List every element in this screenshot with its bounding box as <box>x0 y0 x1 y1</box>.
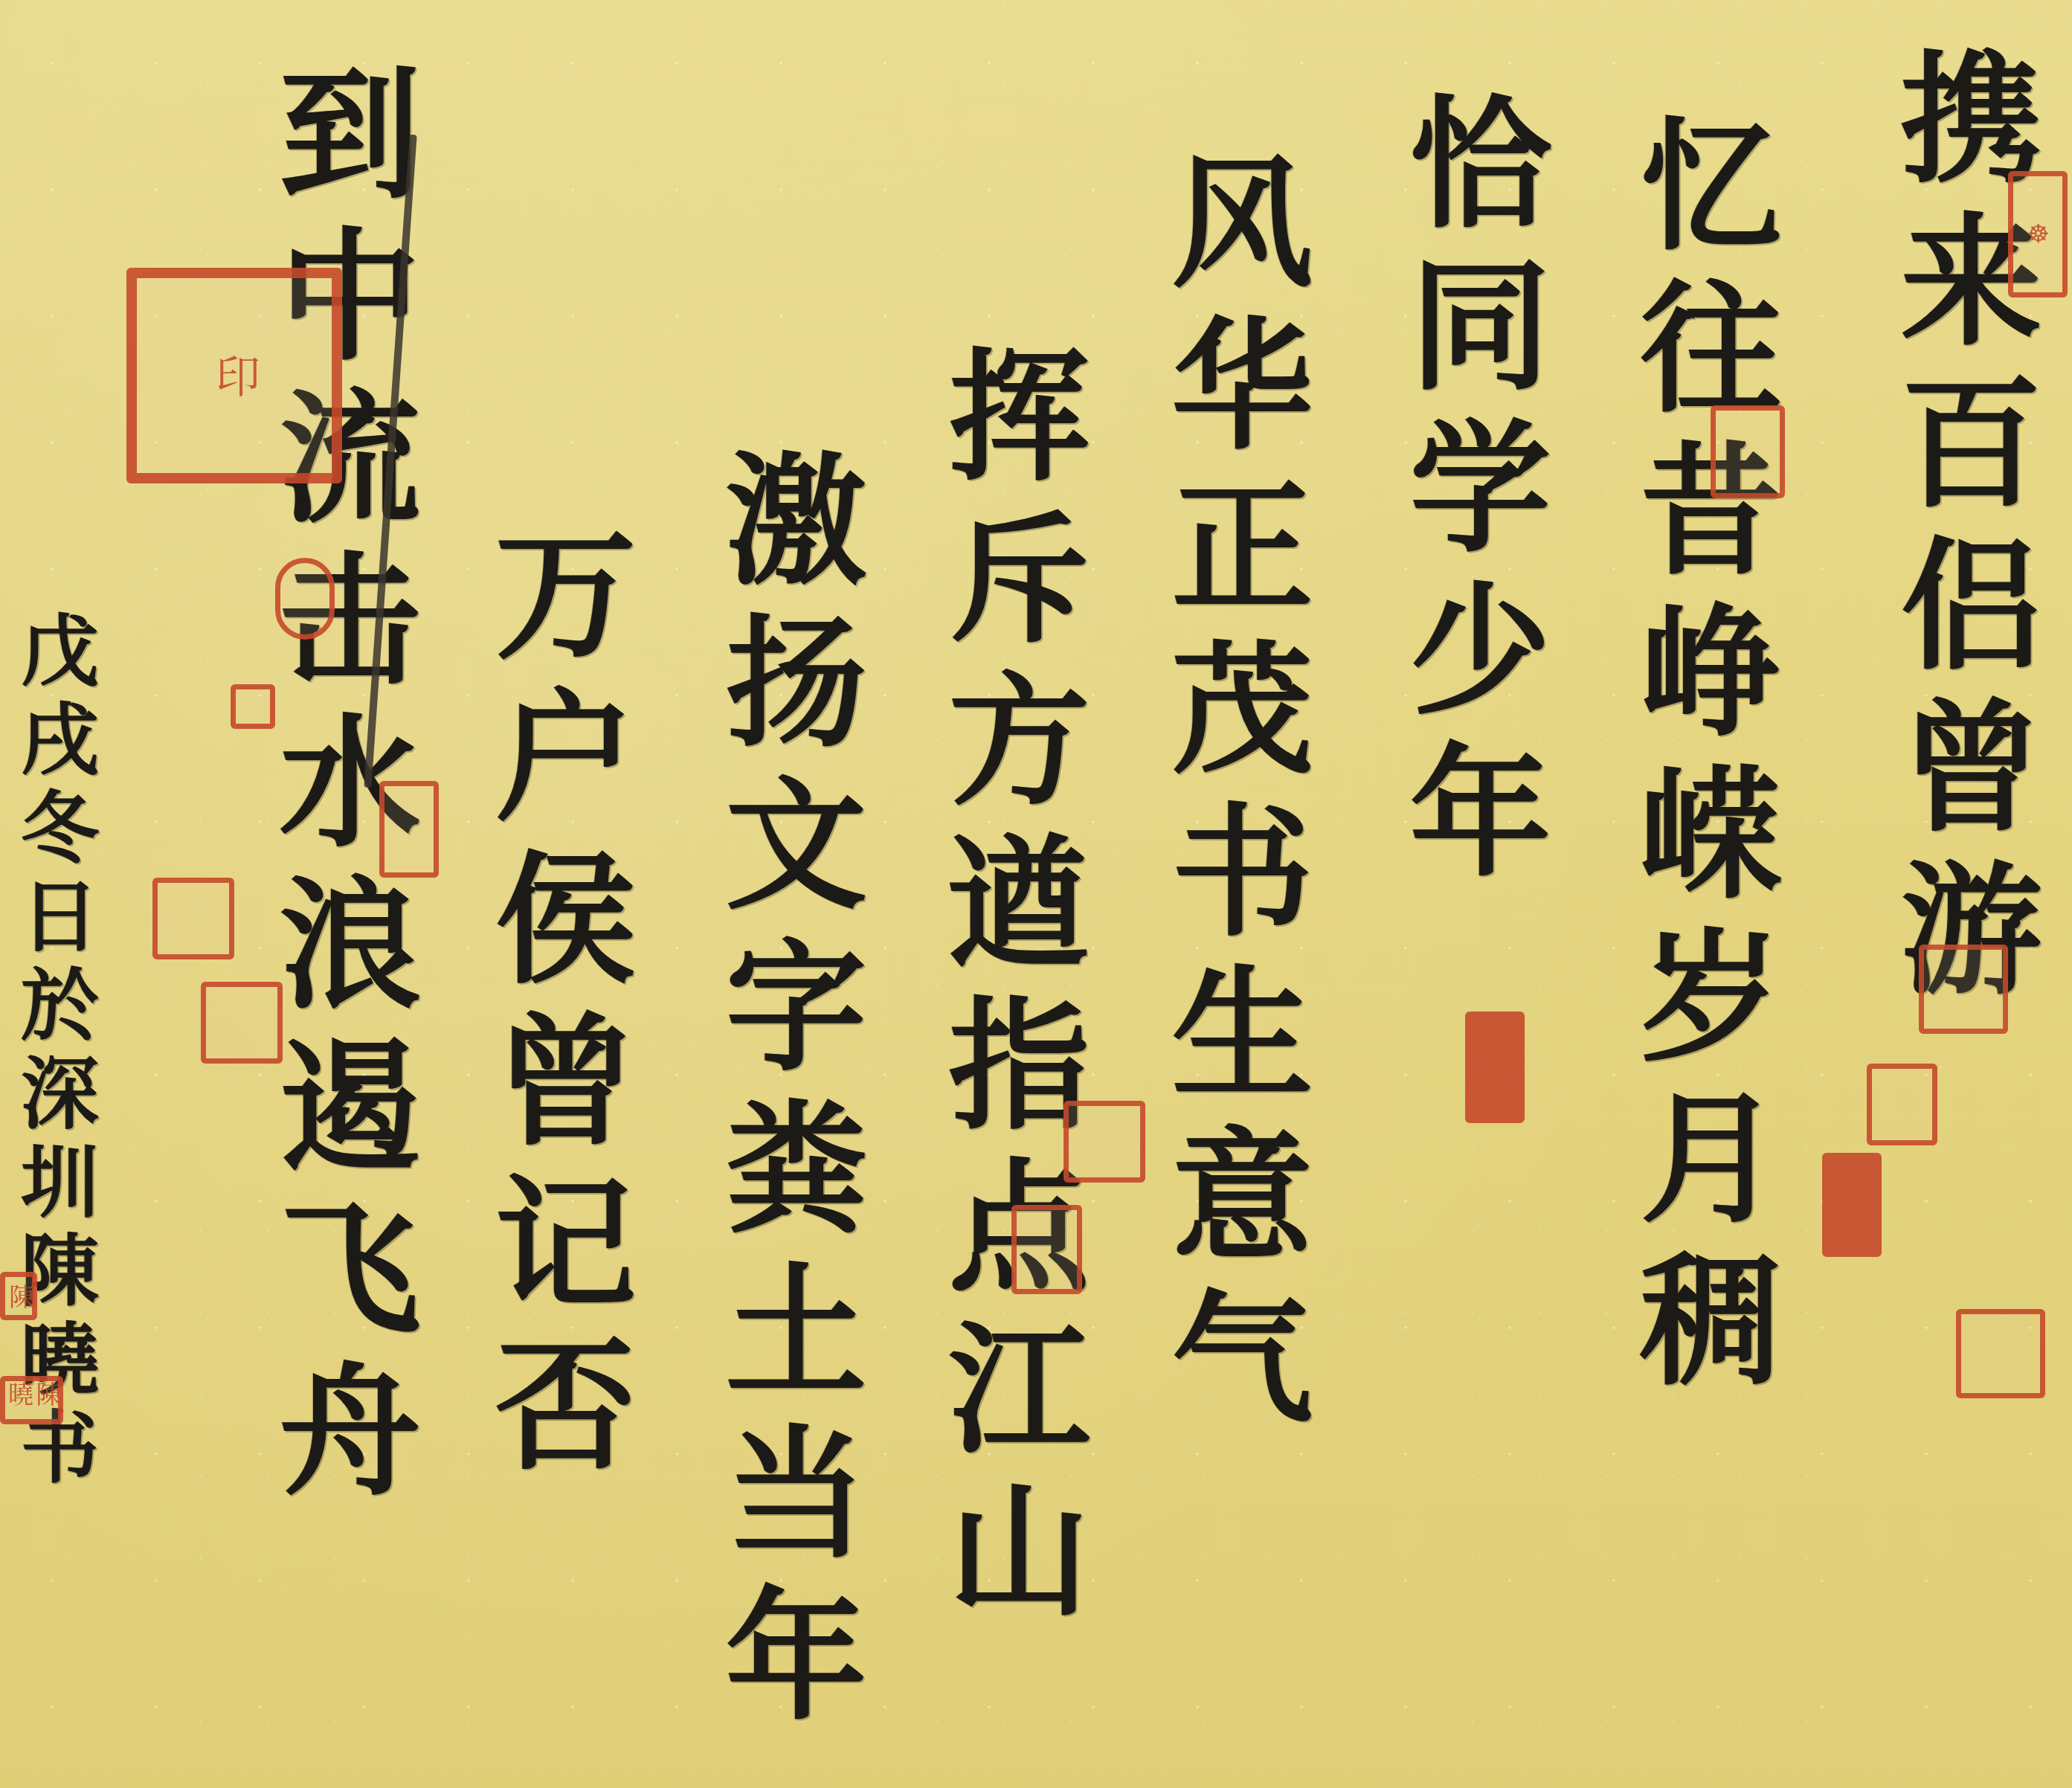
calligraphy-column-4: 风华正茂书生意气 <box>1160 149 1302 1446</box>
buddha-icon: ☸ <box>2021 216 2054 252</box>
large-square-seal: 印 <box>126 268 342 483</box>
name-seal-2: 陳曉 <box>0 1376 63 1424</box>
column-seal-4 <box>1711 405 1785 498</box>
column-seal-7 <box>1822 1153 1882 1257</box>
calligraphy-column-5: 挥斥方遒指点江山 <box>937 342 1078 1639</box>
column-seal-6 <box>1867 1064 1937 1145</box>
gourd-seal <box>275 558 335 640</box>
small-seal-2 <box>379 781 439 878</box>
seal-script-glyphs: 印 <box>207 350 262 401</box>
calligraphy-column-7: 万户侯曾记否 <box>483 521 625 1493</box>
column-seal-5 <box>1919 945 2008 1034</box>
column-seal-8 <box>1956 1309 2045 1398</box>
name-seal-1: 陳 <box>0 1272 37 1320</box>
column-seal-2 <box>1064 1101 1145 1183</box>
small-seal-1 <box>231 684 275 729</box>
artist-signature: 戊戌冬日於深圳陳曉书 <box>15 610 93 1495</box>
calligraphy-column-2: 忆往昔峥嵘岁月稠 <box>1629 112 1770 1409</box>
calligraphy-column-3: 恰同学少年 <box>1398 89 1539 900</box>
small-seal-4 <box>201 982 283 1064</box>
calligraphy-column-6: 激扬文字粪土当年 <box>714 446 855 1743</box>
small-seal-3 <box>152 878 234 959</box>
column-seal-3 <box>1011 1205 1082 1294</box>
buddha-figure-seal: ☸ <box>2008 171 2068 298</box>
column-seal-1 <box>1465 1012 1525 1123</box>
